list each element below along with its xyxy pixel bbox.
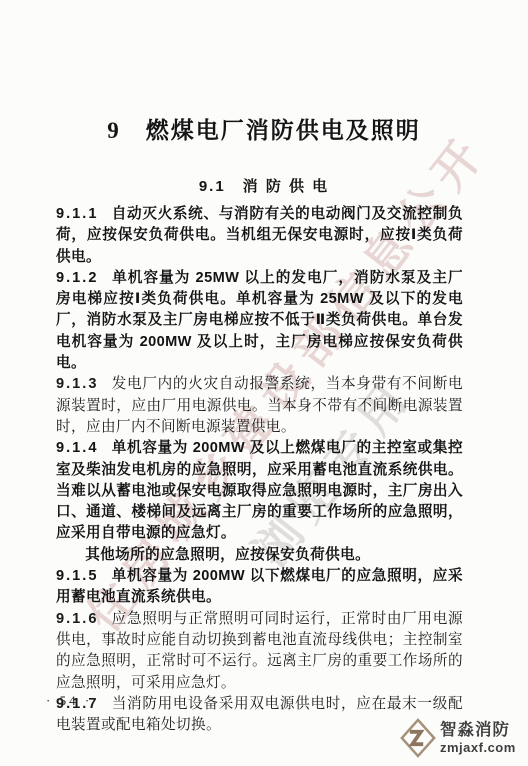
clause-number: 9.1.2 (56, 270, 98, 286)
clause-9.1.3: 9.1.3发电厂内的火灾自动报警系统，当本身带有不间断电源装置时，应由厂用电源供… (56, 374, 463, 438)
section-title: 9.1 消 防 供 电 (0, 175, 528, 196)
clause-paragraph: 其他场所的应急照明，应按保安负荷供电。 (56, 545, 463, 566)
clause-9.1.1: 9.1.1自动灭火系统、与消防有关的电动阀门及交流控制负荷，应按保安负荷供电。当… (56, 204, 463, 268)
logo-text-block: 智淼消防 zmjaxf.com 工程 (440, 722, 516, 754)
clause-number: 9.1.3 (56, 376, 98, 392)
page-number: · 54 · (46, 693, 92, 709)
clause-number: 9.1.4 (56, 440, 98, 456)
clause-9.1.2: 9.1.2单机容量为 25MW 以上的发电厂，消防水泵及主厂房电梯应按Ⅰ类负荷供… (56, 268, 463, 374)
clause-9.1.6: 9.1.6应急照明与正常照明可同时运行，正常时由厂用电源供电，事故时应能自动切换… (56, 609, 463, 694)
clause-number: 9.1.1 (56, 206, 98, 222)
chapter-title: 9 燃煤电厂消防供电及照明 (0, 112, 528, 145)
zhimiao-diamond-icon (399, 717, 437, 759)
clause-9.1.4: 9.1.4单机容量为 200MW 及以上燃煤电厂的主控室或集控室及柴油发电机房的… (56, 438, 463, 544)
logo-website-url: zmjaxf.com (440, 741, 516, 754)
clause-number: 9.1.5 (56, 568, 98, 584)
clause-number: 9.1.6 (56, 611, 98, 627)
logo-brand-name: 智淼消防 (440, 722, 516, 739)
zhimiao-fire-logo: 智淼消防 zmjaxf.com 工程 (399, 714, 525, 762)
document-page: 住房城乡建设部信息公开 浏览专用 9 燃煤电厂消防供电及照明 9.1 消 防 供… (0, 0, 528, 766)
clause-9.1.5: 9.1.5单机容量为 200MW 以下燃煤电厂的应急照明，应采用蓄电池直流系统供… (56, 566, 463, 609)
clause-list: 9.1.1自动灭火系统、与消防有关的电动阀门及交流控制负荷，应按保安负荷供电。当… (56, 204, 463, 736)
